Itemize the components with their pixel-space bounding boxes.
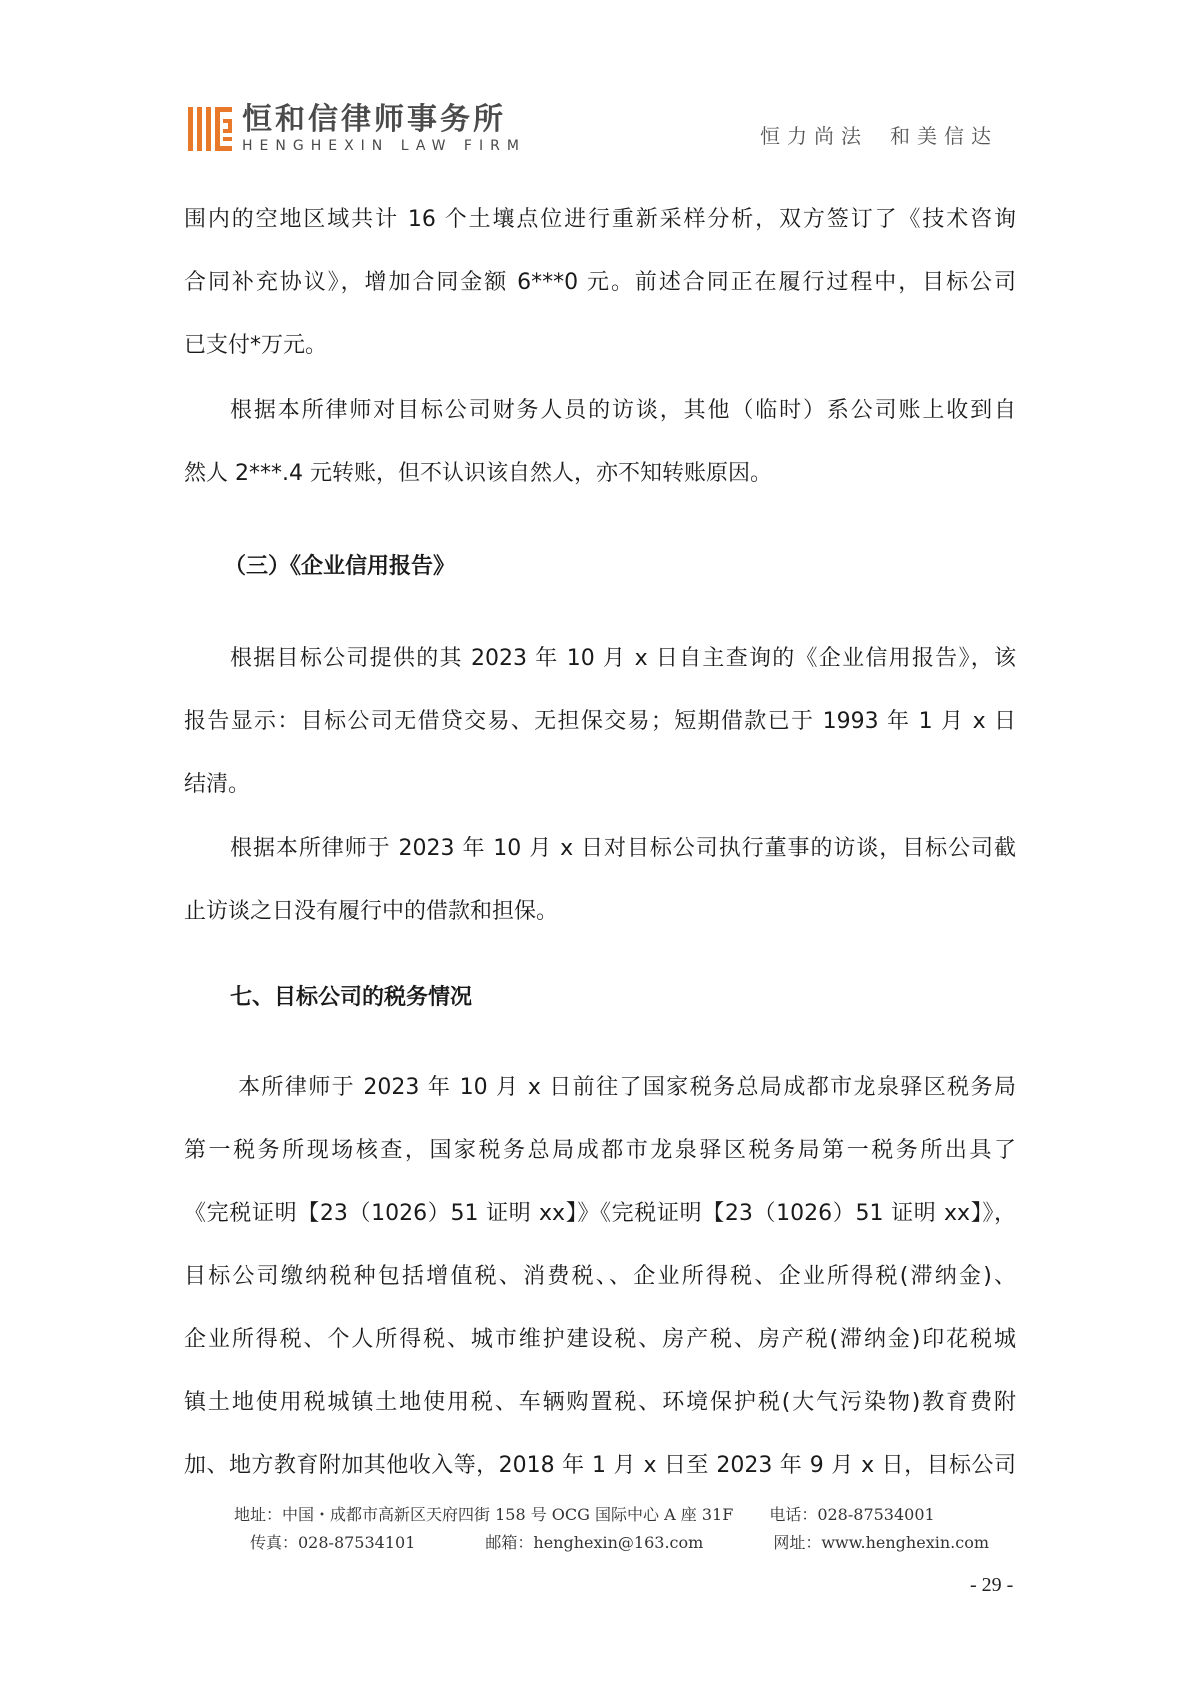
firm-logo-icon	[188, 107, 232, 151]
footer-contact-line-2: 传真：028-87534101邮箱：henghexin@163.com网址：ww…	[250, 1530, 989, 1553]
firm-motto: 恒力尚法和美信达	[760, 120, 998, 149]
paragraph-line: 根据本所律师于 2023 年 10 月 x 日对目标公司执行董事的访谈，目标公司…	[184, 834, 1016, 864]
paragraph-line: 报告显示：目标公司无借贷交易、无担保交易；短期借款已于 1993 年 1 月 x…	[184, 707, 1016, 737]
firm-name-en: HENGHEXIN LAW FIRM	[242, 138, 526, 154]
page-header: 恒和信律师事务所 HENGHEXIN LAW FIRM 恒力尚法和美信达	[188, 104, 1018, 160]
paragraph-line: 加、地方教育附加其他收入等，2018 年 1 月 x 日至 2023 年 9 月…	[184, 1451, 1016, 1481]
paragraph-line: 本所律师于 2023 年 10 月 x 日前往了国家税务总局成都市龙泉驿区税务局	[184, 1073, 1016, 1103]
paragraph-line: 然人 2***.4 元转账，但不认识该自然人，亦不知转账原因。	[184, 459, 1016, 489]
paragraph-line: 第一税务所现场核查，国家税务总局成都市龙泉驿区税务局第一税务所出具了	[184, 1136, 1016, 1166]
paragraph-line: 《完税证明【23（1026）51 证明 xx】》《完税证明【23（1026）51…	[184, 1199, 1016, 1229]
footer-fax: 传真：028-87534101	[250, 1533, 415, 1552]
paragraph-line: 围内的空地区域共计 16 个土壤点位进行重新采样分析，双方签订了《技术咨询	[184, 205, 1016, 235]
page-number: - 29 -	[970, 1574, 1013, 1597]
paragraph-line: 已支付*万元。	[184, 331, 1016, 361]
footer-email: 邮箱：henghexin@163.com	[485, 1533, 703, 1552]
paragraph-line: 根据本所律师对目标公司财务人员的访谈，其他（临时）系公司账上收到自	[184, 396, 1016, 426]
motto-left: 恒力尚法	[760, 124, 868, 148]
footer-address: 地址：中国・成都市高新区天府四街 158 号 OCG 国际中心 A 座 31F	[234, 1505, 733, 1524]
footer-website: 网址：www.henghexin.com	[773, 1533, 989, 1552]
footer-phone: 电话：028-87534001	[769, 1505, 934, 1524]
paragraph-line: 结清。	[184, 770, 1016, 800]
firm-name-cn: 恒和信律师事务所	[242, 104, 526, 136]
firm-logo: 恒和信律师事务所 HENGHEXIN LAW FIRM	[188, 104, 526, 154]
section-heading: 七、目标公司的税务情况	[230, 983, 472, 1013]
motto-right: 和美信达	[890, 124, 998, 148]
paragraph-line: 目标公司缴纳税种包括增值税、消费税、、企业所得税、企业所得税(滞纳金)、	[184, 1262, 1016, 1292]
paragraph-line: 镇土地使用税城镇土地使用税、车辆购置税、环境保护税(大气污染物)教育费附	[184, 1388, 1016, 1418]
subsection-heading: （三）《企业信用报告》	[224, 552, 455, 582]
paragraph-line: 止访谈之日没有履行中的借款和担保。	[184, 897, 1016, 927]
paragraph-line: 根据目标公司提供的其 2023 年 10 月 x 日自主查询的《企业信用报告》，…	[184, 644, 1016, 674]
footer-contact-line-1: 地址：中国・成都市高新区天府四街 158 号 OCG 国际中心 A 座 31F电…	[234, 1502, 935, 1525]
paragraph-line: 合同补充协议》，增加合同金额 6***0 元。前述合同正在履行过程中，目标公司	[184, 268, 1016, 298]
paragraph-line: 企业所得税、个人所得税、城市维护建设税、房产税、房产税(滞纳金)印花税城	[184, 1325, 1016, 1355]
